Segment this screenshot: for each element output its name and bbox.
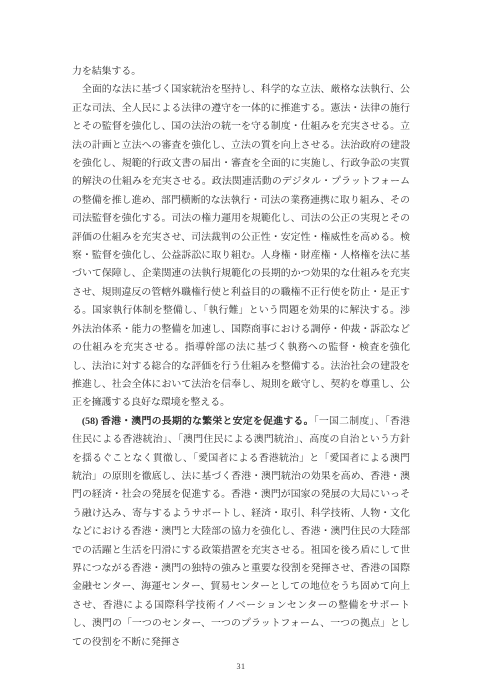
paragraph-58: (58) 香港・澳門の長期的な繁栄と安定を促進する。「一国二制度」、「香港住民に… (72, 413, 410, 652)
paragraph-rule-of-law: 全面的な法に基づく国家統治を堅持し、科学的な立法、厳格な法執行、公正な司法、全人… (72, 81, 410, 412)
section-58-body: 「一国二制度」、「香港住民による香港統治」、「澳門住民による澳門統治」、高度の自… (72, 416, 410, 648)
document-page: 力を結集する。 全面的な法に基づく国家統治を堅持し、科学的な立法、厳格な法執行、… (0, 0, 480, 679)
paragraph-continuation: 力を結集する。 (72, 63, 410, 81)
section-58-heading: (58) 香港・澳門の長期的な繁栄と安定を促進する。 (82, 416, 314, 427)
page-number: 31 (72, 658, 410, 676)
